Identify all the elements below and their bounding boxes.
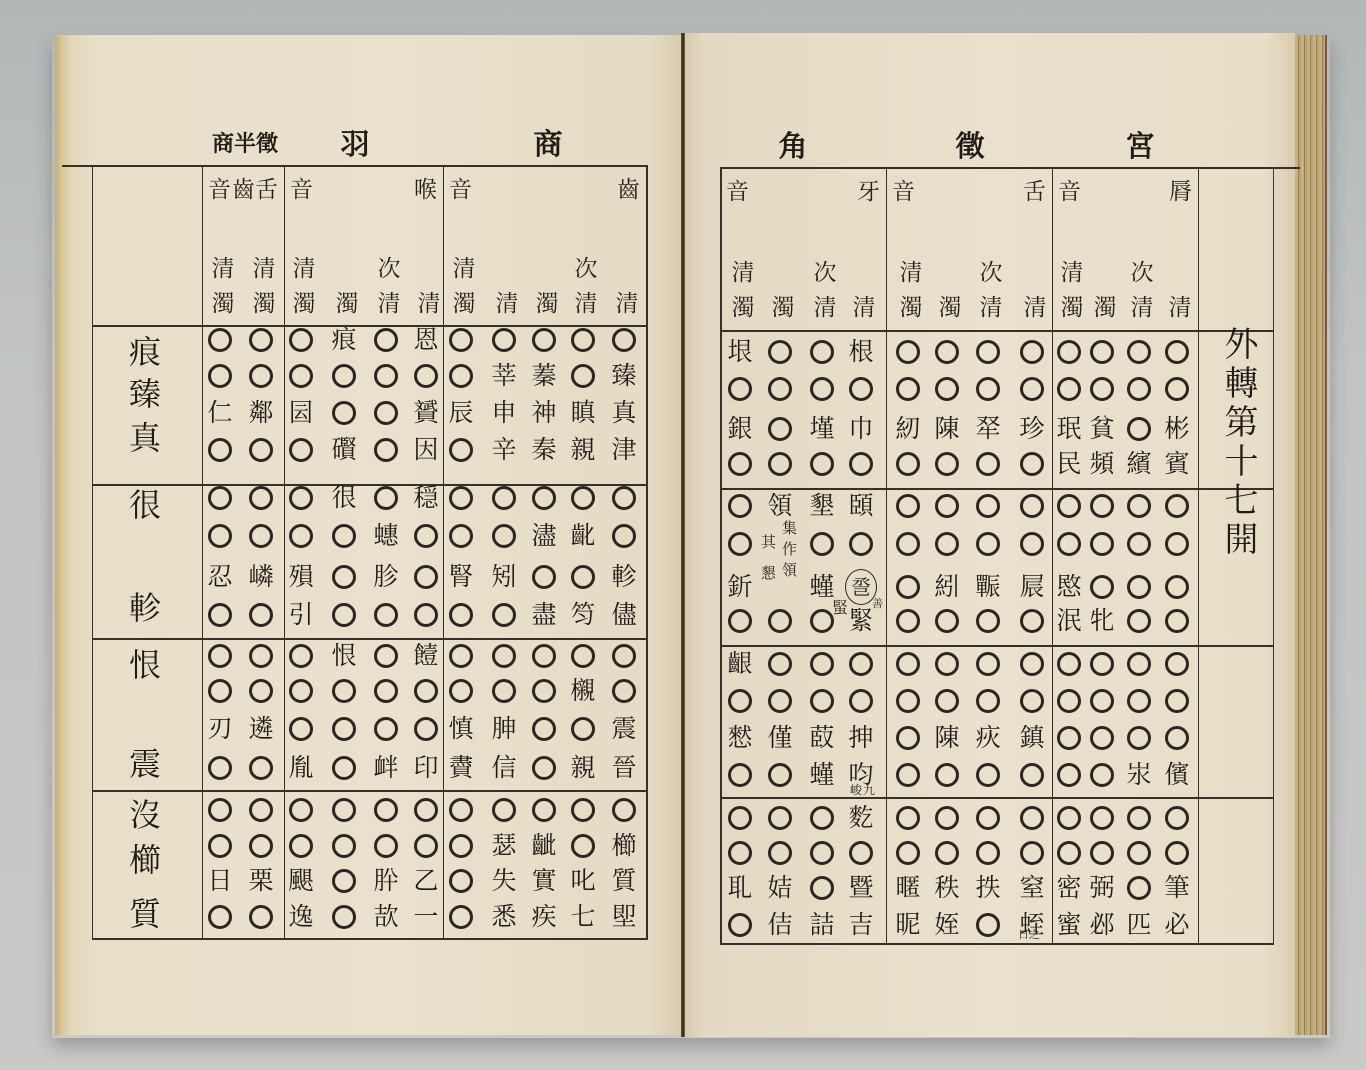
rhyme-label: 真 [123, 416, 167, 460]
table-cell: 忍 [204, 561, 236, 593]
column-header-text: 濁 [769, 295, 792, 330]
empty-slot-circle: ○ [410, 561, 442, 593]
column-header: 次清 [371, 244, 401, 326]
column-header-text: 濁 [333, 291, 356, 326]
table-cell: 瑟 [488, 830, 520, 862]
empty-slot-circle: ○ [724, 528, 756, 560]
empty-slot-circle: ○ [1161, 685, 1193, 717]
table-cell: 必 [1161, 909, 1193, 941]
empty-slot-circle: ○ [931, 605, 963, 637]
tone-header: 徵半商 [185, 124, 305, 164]
empty-slot-circle: ○ [724, 448, 756, 480]
empty-slot-circle: ○ [1086, 571, 1118, 603]
empty-slot-circle: ○ [567, 324, 599, 356]
table-cell: 根 [845, 336, 877, 368]
empty-slot-circle: ○ [204, 520, 236, 552]
empty-slot-circle: ○ [1053, 759, 1085, 791]
empty-slot-circle: ○ [931, 490, 963, 522]
empty-slot-circle: ○ [608, 675, 640, 707]
empty-slot-circle: ○ [1123, 373, 1155, 405]
table-rule [92, 790, 647, 792]
empty-slot-circle: ○ [1086, 336, 1118, 368]
column-header-text: 清濁 [209, 256, 232, 326]
empty-slot-circle: ○ [245, 794, 277, 826]
empty-slot-circle: ○ [845, 448, 877, 480]
empty-slot-circle: ○ [972, 648, 1004, 680]
table-cell: 窒 [1016, 872, 1048, 904]
empty-slot-circle: ○ [1086, 759, 1118, 791]
column-header-text: 濁 [936, 295, 959, 330]
tone-header: 宮 [1080, 126, 1200, 166]
empty-slot-circle: ○ [806, 872, 838, 904]
empty-slot-circle: ○ [972, 336, 1004, 368]
empty-slot-circle: ○ [285, 360, 317, 392]
empty-slot-circle: ○ [370, 397, 402, 429]
column-header: 次清 [1124, 248, 1154, 330]
empty-slot-circle: ○ [1123, 685, 1155, 717]
empty-slot-circle: ○ [528, 640, 560, 672]
table-cell: 贇 [410, 397, 442, 429]
column-header-text: 清 [1021, 295, 1044, 330]
table-cell: 很 [328, 482, 360, 514]
empty-slot-circle: ○ [845, 648, 877, 680]
empty-slot-circle: ○ [972, 448, 1004, 480]
table-cell: 暱 [892, 872, 924, 904]
empty-slot-circle: ○ [245, 752, 277, 784]
empty-slot-circle: ○ [931, 336, 963, 368]
table-cell: 邲 [1086, 909, 1118, 941]
table-cell: 悉 [488, 901, 520, 933]
column-header-text: 清濁 [250, 256, 273, 326]
empty-slot-circle: ○ [285, 520, 317, 552]
column-header: 次清 [973, 248, 1003, 330]
empty-slot-circle: ○ [1016, 648, 1048, 680]
empty-slot-circle: ○ [931, 837, 963, 869]
empty-slot-circle: ○ [445, 901, 477, 933]
empty-slot-circle: ○ [1053, 336, 1085, 368]
table-cell: 汖 [1123, 759, 1155, 791]
empty-slot-circle: ○ [245, 675, 277, 707]
table-cell: 仁 [204, 397, 236, 429]
column-header: 清濁 [286, 244, 316, 326]
empty-slot-circle: ○ [445, 324, 477, 356]
empty-slot-circle: ○ [445, 640, 477, 672]
empty-slot-circle: ○ [724, 909, 756, 941]
column-header-text: 清濁 [1058, 260, 1081, 330]
group-label-main: 脣 [1169, 173, 1192, 206]
empty-slot-circle: ○ [370, 830, 402, 862]
empty-slot-circle: ○ [445, 360, 477, 392]
empty-slot-circle: ○ [370, 713, 402, 745]
group-label-suffix: 音 [1058, 173, 1081, 206]
table-cell: 銀 [724, 413, 756, 445]
empty-slot-circle: ○ [764, 759, 796, 791]
empty-slot-circle: ○ [845, 373, 877, 405]
table-cell: 頻 [1086, 448, 1118, 480]
empty-slot-circle: ○ [764, 802, 796, 834]
empty-slot-circle: ○ [972, 528, 1004, 560]
sound-group-label: 音脣 [1058, 172, 1192, 206]
empty-slot-circle: ○ [724, 373, 756, 405]
table-cell: 胗 [370, 561, 402, 593]
empty-slot-circle: ○ [328, 865, 360, 897]
sound-group-label: 音喉 [290, 170, 437, 204]
empty-slot-circle: ○ [1016, 490, 1048, 522]
table-cell: 礥 [328, 434, 360, 466]
table-cell: 恩 [410, 324, 442, 356]
empty-slot-circle: ○ [1016, 802, 1048, 834]
empty-slot-circle: ○ [488, 675, 520, 707]
empty-slot-circle: ○ [370, 640, 402, 672]
empty-slot-circle: ○ [245, 434, 277, 466]
empty-slot-circle: ○ [445, 830, 477, 862]
table-cell: 民 [1053, 448, 1085, 480]
table-cell: 晉 [608, 752, 640, 784]
table-cell: 墐 [806, 413, 838, 445]
empty-slot-circle: ○ [724, 490, 756, 522]
column-header: 清 [489, 244, 519, 326]
empty-slot-circle: ○ [1123, 872, 1155, 904]
table-cell: 暨 [845, 872, 877, 904]
table-cell: 秦 [528, 434, 560, 466]
table-cell: 櫛 [608, 830, 640, 862]
table-cell: 辛 [488, 434, 520, 466]
table-cell: 憖 [724, 722, 756, 754]
table-cell: 軫 [608, 561, 640, 593]
table-rule [62, 165, 647, 167]
empty-slot-circle: ○ [764, 413, 796, 445]
table-cell: 陳 [931, 722, 963, 754]
empty-slot-circle: ○ [528, 794, 560, 826]
table-cell: 一 [410, 901, 442, 933]
empty-slot-circle: ○ [1086, 490, 1118, 522]
annotation-note: 善 [872, 598, 883, 609]
empty-slot-circle: ○ [806, 448, 838, 480]
table-cell: 紉 [892, 413, 924, 445]
empty-slot-circle: ○ [724, 802, 756, 834]
table-cell: 實 [528, 865, 560, 897]
empty-slot-circle: ○ [1016, 605, 1048, 637]
table-cell: 嶙 [245, 561, 277, 593]
table-cell: 慎 [445, 713, 477, 745]
empty-slot-circle: ○ [608, 640, 640, 672]
empty-slot-circle: ○ [204, 901, 236, 933]
table-cell: 胂 [488, 713, 520, 745]
table-cell: 鄰 [245, 397, 277, 429]
empty-slot-circle: ○ [285, 713, 317, 745]
table-cell: 抻 [845, 722, 877, 754]
column-header: 次清 [568, 244, 598, 326]
empty-slot-circle: ○ [1053, 685, 1085, 717]
column-header: 清濁 [1054, 248, 1084, 330]
empty-slot-circle: ○ [528, 675, 560, 707]
empty-slot-circle: ○ [1016, 448, 1048, 480]
table-cell: 遴 [245, 713, 277, 745]
empty-slot-circle: ○ [931, 802, 963, 834]
column-header-text: 清 [493, 291, 516, 326]
table-cell: 領 [764, 490, 796, 522]
empty-slot-circle: ○ [724, 837, 756, 869]
empty-slot-circle: ○ [370, 434, 402, 466]
table-cell: 釿 [724, 571, 756, 603]
empty-slot-circle: ○ [1123, 413, 1155, 445]
table-cell: 櫬 [567, 675, 599, 707]
empty-slot-circle: ○ [764, 837, 796, 869]
empty-slot-circle: ○ [528, 561, 560, 593]
column-header: 清濁 [205, 244, 235, 326]
group-label-main: 齒 [617, 171, 640, 204]
column-header: 清濁 [246, 244, 276, 326]
table-cell: 蜜 [1053, 909, 1085, 941]
empty-slot-circle: ○ [931, 648, 963, 680]
table-cell: 莘 [488, 360, 520, 392]
table-cell: 繽 [1123, 448, 1155, 480]
book-gutter [681, 33, 685, 1037]
empty-slot-circle: ○ [931, 448, 963, 480]
empty-slot-circle: ○ [1161, 837, 1193, 869]
table-cell: 紖 [931, 571, 963, 603]
column-header: 濁 [329, 244, 359, 326]
empty-slot-circle: ○ [764, 685, 796, 717]
table-cell: 菣 [806, 722, 838, 754]
table-cell: 儐 [1161, 759, 1193, 791]
group-label-main: 牙 [857, 173, 880, 206]
empty-slot-circle: ○ [567, 830, 599, 862]
empty-slot-circle: ○ [892, 571, 924, 603]
empty-slot-circle: ○ [1053, 373, 1085, 405]
table-cell: 姞 [764, 872, 796, 904]
empty-slot-circle: ○ [931, 373, 963, 405]
page-fore-edge [1295, 35, 1327, 1035]
empty-slot-circle: ○ [1123, 722, 1155, 754]
empty-slot-circle: ○ [1086, 837, 1118, 869]
empty-slot-circle: ○ [204, 482, 236, 514]
table-rule [1273, 167, 1274, 945]
table-cell: 齦 [724, 648, 756, 680]
empty-slot-circle: ○ [410, 794, 442, 826]
column-header-text: 次清 [1128, 260, 1151, 330]
empty-slot-circle: ○ [567, 640, 599, 672]
empty-slot-circle: ○ [204, 640, 236, 672]
table-cell: 質 [608, 865, 640, 897]
empty-slot-circle: ○ [1161, 528, 1193, 560]
empty-slot-circle: ○ [892, 759, 924, 791]
empty-slot-circle: ○ [1161, 373, 1193, 405]
table-cell: 矧 [488, 561, 520, 593]
table-cell: 殞 [285, 561, 317, 593]
table-cell: 珉 [1053, 413, 1085, 445]
table-rule [720, 943, 1274, 945]
table-cell: 屒 [1016, 571, 1048, 603]
empty-slot-circle: ○ [528, 324, 560, 356]
empty-slot-circle: ○ [285, 640, 317, 672]
table-cell: 麧 [845, 802, 877, 834]
table-cell: 抶 [972, 872, 1004, 904]
empty-slot-circle: ○ [204, 675, 236, 707]
empty-slot-circle: ○ [410, 830, 442, 862]
column-header-text: 清 [415, 291, 438, 326]
column-header-text: 清濁 [897, 260, 920, 330]
empty-slot-circle: ○ [204, 830, 236, 862]
empty-slot-circle: ○ [285, 482, 317, 514]
table-cell: 頣 [845, 490, 877, 522]
column-header: 清濁 [725, 248, 755, 330]
empty-slot-circle: ○ [245, 324, 277, 356]
table-cell: 栗 [245, 865, 277, 897]
table-cell: 螼 [806, 759, 838, 791]
column-header-text: 清濁 [729, 260, 752, 330]
empty-slot-circle: ○ [1123, 837, 1155, 869]
rhyme-label: 櫛 [123, 838, 167, 882]
table-cell: 衅 [370, 752, 402, 784]
rhyme-label: 臻 [123, 372, 167, 416]
table-cell: 恨 [328, 640, 360, 672]
empty-slot-circle: ○ [892, 802, 924, 834]
table-cell: 昵 [892, 909, 924, 941]
empty-slot-circle: ○ [972, 909, 1004, 941]
annotation-note: 集作領 [781, 520, 796, 583]
column-header: 濁 [932, 248, 962, 330]
empty-slot-circle: ○ [488, 324, 520, 356]
table-rule [720, 167, 1300, 169]
table-cell: 貧 [1086, 413, 1118, 445]
table-cell: 賮 [445, 752, 477, 784]
empty-slot-circle: ○ [1086, 722, 1118, 754]
annotation-note: 日之 [1018, 929, 1040, 940]
empty-slot-circle: ○ [892, 837, 924, 869]
empty-slot-circle: ○ [972, 685, 1004, 717]
column-header-text: 清濁 [450, 256, 473, 326]
empty-slot-circle: ○ [806, 648, 838, 680]
table-cell: 詰 [806, 909, 838, 941]
empty-slot-circle: ○ [1086, 685, 1118, 717]
table-cell: 匹 [1123, 909, 1155, 941]
table-cell: 痕 [328, 324, 360, 356]
table-cell: 齔 [567, 520, 599, 552]
column-header: 濁 [529, 244, 559, 326]
empty-slot-circle: ○ [972, 490, 1004, 522]
table-cell: 堲 [608, 901, 640, 933]
table-cell: 因 [410, 434, 442, 466]
chart-title: 外轉第十七開 [1218, 326, 1258, 560]
table-cell: 欯 [370, 901, 402, 933]
empty-slot-circle: ○ [445, 520, 477, 552]
empty-slot-circle: ○ [285, 434, 317, 466]
empty-slot-circle: ○ [1161, 571, 1193, 603]
empty-slot-circle: ○ [370, 482, 402, 514]
empty-slot-circle: ○ [1123, 490, 1155, 522]
table-cell: 引 [285, 599, 317, 631]
empty-slot-circle: ○ [892, 605, 924, 637]
empty-slot-circle: ○ [1016, 837, 1048, 869]
empty-slot-circle: ○ [1016, 336, 1048, 368]
table-cell: 辰 [445, 397, 477, 429]
table-cell: 愍 [1053, 571, 1085, 603]
table-cell: 泯 [1053, 605, 1085, 637]
column-header-text: 次清 [811, 260, 834, 330]
empty-slot-circle: ○ [328, 830, 360, 862]
group-label-main: 舌 [1023, 173, 1046, 206]
table-cell: 震 [608, 713, 640, 745]
empty-slot-circle: ○ [285, 675, 317, 707]
tone-header: 徵 [910, 126, 1030, 166]
group-label-suffix: 音 [892, 173, 915, 206]
rhyme-label: 恨 [123, 643, 167, 687]
tone-header: 羽 [295, 124, 415, 164]
empty-slot-circle: ○ [245, 360, 277, 392]
table-cell: 七 [567, 901, 599, 933]
empty-slot-circle: ○ [328, 360, 360, 392]
empty-slot-circle: ○ [1053, 837, 1085, 869]
column-header: 濁 [765, 248, 795, 330]
empty-slot-circle: ○ [488, 640, 520, 672]
empty-slot-circle: ○ [410, 713, 442, 745]
column-header-text: 清 [613, 291, 636, 326]
column-header-text: 濁 [533, 291, 556, 326]
table-cell: 疾 [528, 901, 560, 933]
table-cell: 弼 [1086, 872, 1118, 904]
rhyme-label: 痕 [123, 330, 167, 374]
empty-slot-circle: ○ [488, 599, 520, 631]
column-header-text: 濁 [1091, 295, 1114, 330]
table-cell: 失 [488, 865, 520, 897]
empty-slot-circle: ○ [567, 561, 599, 593]
table-cell: 印 [410, 752, 442, 784]
table-cell: 肸 [370, 865, 402, 897]
empty-slot-circle: ○ [1161, 605, 1193, 637]
table-cell: 儘 [608, 599, 640, 631]
empty-slot-circle: ○ [410, 599, 442, 631]
empty-slot-circle: ○ [245, 520, 277, 552]
empty-slot-circle: ○ [285, 830, 317, 862]
table-cell: 刃 [204, 713, 236, 745]
empty-slot-circle: ○ [764, 648, 796, 680]
empty-slot-circle: ○ [285, 324, 317, 356]
empty-slot-circle: ○ [845, 528, 877, 560]
empty-slot-circle: ○ [764, 448, 796, 480]
empty-slot-circle: ○ [1016, 373, 1048, 405]
empty-slot-circle: ○ [1053, 528, 1085, 560]
empty-slot-circle: ○ [567, 360, 599, 392]
empty-slot-circle: ○ [608, 324, 640, 356]
empty-slot-circle: ○ [972, 373, 1004, 405]
empty-slot-circle: ○ [285, 794, 317, 826]
empty-slot-circle: ○ [1161, 336, 1193, 368]
empty-slot-circle: ○ [1016, 528, 1048, 560]
empty-slot-circle: ○ [488, 482, 520, 514]
empty-slot-circle: ○ [931, 685, 963, 717]
empty-slot-circle: ○ [328, 752, 360, 784]
empty-slot-circle: ○ [245, 599, 277, 631]
column-header: 清 [609, 244, 639, 326]
sound-group-label: 音齒 [449, 170, 640, 204]
table-cell: 笉 [567, 599, 599, 631]
empty-slot-circle: ○ [972, 837, 1004, 869]
group-label-main: 喉 [414, 171, 437, 204]
empty-slot-circle: ○ [245, 482, 277, 514]
column-header: 清 [411, 244, 441, 326]
empty-slot-circle: ○ [245, 901, 277, 933]
rhyme-label: 震 [123, 742, 167, 786]
empty-slot-circle: ○ [1053, 648, 1085, 680]
group-label-suffix: 音 [290, 171, 313, 204]
table-cell: 佶 [764, 909, 796, 941]
empty-slot-circle: ○ [204, 794, 236, 826]
column-header: 清 [1162, 248, 1192, 330]
empty-slot-circle: ○ [806, 802, 838, 834]
empty-slot-circle: ○ [204, 434, 236, 466]
table-cell: 珍 [1016, 413, 1048, 445]
